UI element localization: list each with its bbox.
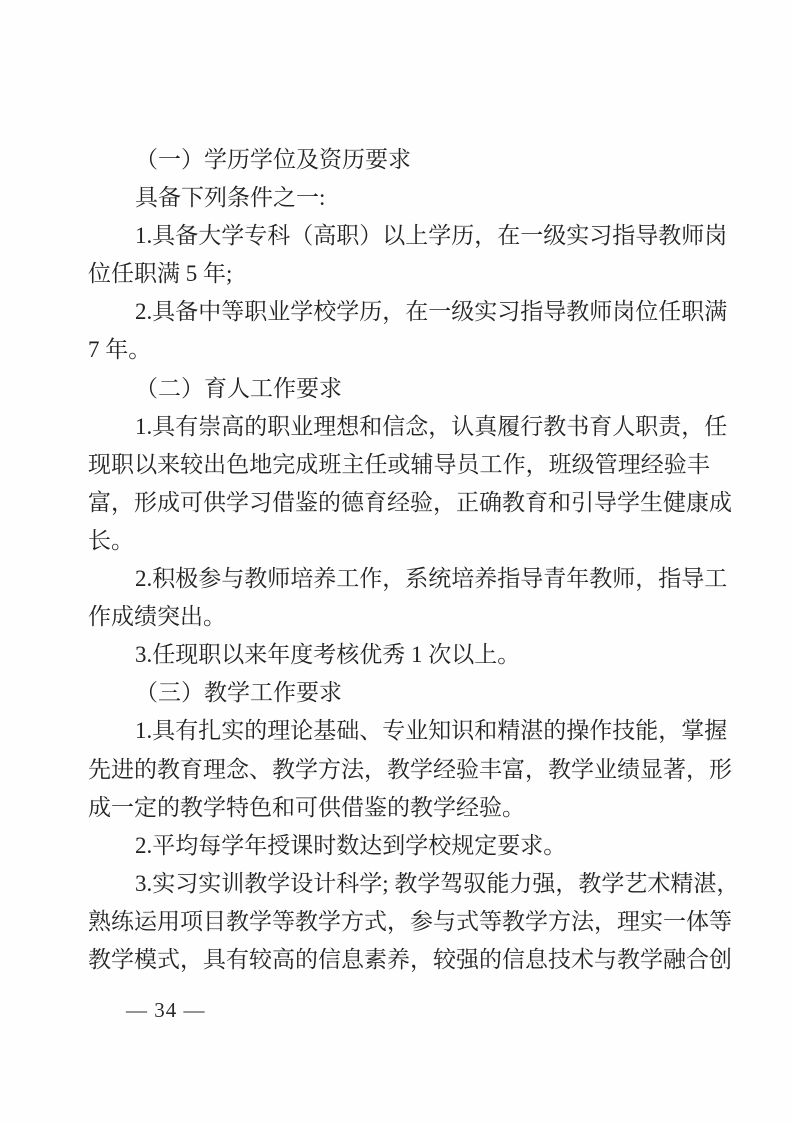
text-line: 成一定的教学特色和可供借鉴的教学经验。 [88, 789, 710, 827]
section-heading-line: （二）育人工作要求 [88, 370, 710, 408]
section-heading-line: （三）教学工作要求 [88, 674, 710, 712]
page-number: — 34 — [126, 997, 206, 1023]
text-line: 先进的教育理念、教学方法，教学经验丰富，教学业绩显著，形 [88, 751, 710, 789]
text-line: 长。 [88, 522, 710, 560]
text-line: 作成绩突出。 [88, 598, 710, 636]
text-line: 位任职满 5 年; [88, 255, 710, 293]
text-line: 2.平均每学年授课时数达到学校规定要求。 [88, 827, 710, 865]
document-page: （一）学历学位及资历要求具备下列条件之一:1.具备大学专科（高职）以上学历，在一… [0, 0, 793, 1122]
text-line: 富，形成可供学习借鉴的德育经验，正确教育和引导学生健康成 [88, 484, 710, 522]
text-line: 1.具有崇高的职业理想和信念，认真履行教书育人职责，任 [88, 408, 710, 446]
text-line: 现职以来较出色地完成班主任或辅导员工作，班级管理经验丰 [88, 446, 710, 484]
section-heading-line: （一）学历学位及资历要求 [88, 141, 710, 179]
text-line: 熟练运用项目教学等教学方式，参与式等教学方法，理实一体等 [88, 903, 710, 941]
text-line: 7 年。 [88, 331, 710, 369]
text-line: 3.实习实训教学设计科学; 教学驾驭能力强，教学艺术精湛， [88, 865, 710, 903]
text-line: 教学模式，具有较高的信息素养，较强的信息技术与教学融合创 [88, 941, 710, 979]
text-line: 3.任现职以来年度考核优秀 1 次以上。 [88, 636, 710, 674]
document-body: （一）学历学位及资历要求具备下列条件之一:1.具备大学专科（高职）以上学历，在一… [88, 141, 710, 979]
text-line: 具备下列条件之一: [88, 179, 710, 217]
text-line: 1.具备大学专科（高职）以上学历，在一级实习指导教师岗 [88, 217, 710, 255]
text-line: 1.具有扎实的理论基础、专业知识和精湛的操作技能，掌握 [88, 712, 710, 750]
text-line: 2.积极参与教师培养工作，系统培养指导青年教师，指导工 [88, 560, 710, 598]
text-line: 2.具备中等职业学校学历，在一级实习指导教师岗位任职满 [88, 293, 710, 331]
